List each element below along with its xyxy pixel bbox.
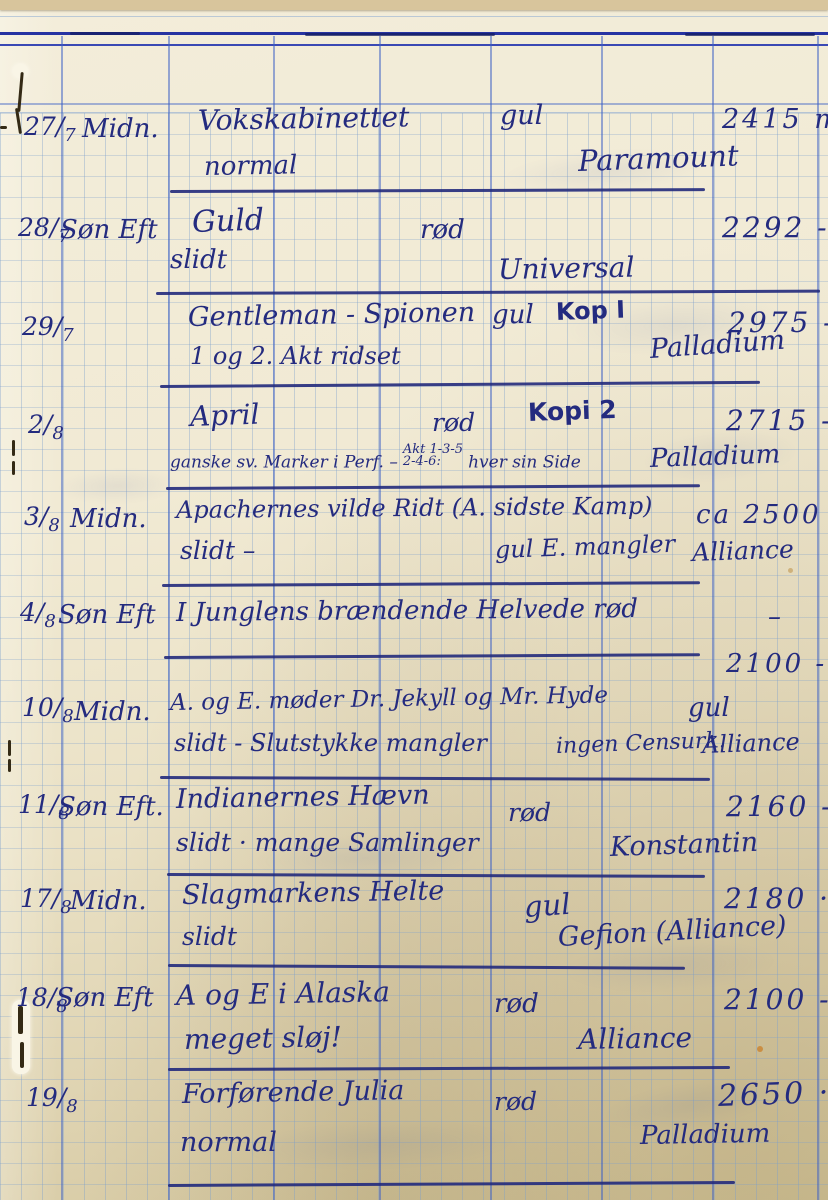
page-top-edge — [0, 0, 828, 10]
distributor: Alliance — [692, 536, 795, 566]
printed-rule-medium — [0, 103, 828, 105]
column-line — [712, 36, 714, 1200]
film-color: gul — [500, 102, 543, 130]
date-slash: / — [50, 790, 58, 819]
film-length: 2100 - — [726, 651, 827, 678]
ink-overdraw — [305, 33, 495, 36]
binding-pin — [17, 72, 23, 112]
distributor: Alliance — [578, 1023, 693, 1054]
date-day: 3 — [24, 502, 40, 531]
condition-note: slidt - Slutstykke mangler — [174, 731, 487, 756]
date-slash: / — [48, 983, 56, 1012]
printed-rule-faint — [0, 16, 828, 17]
condition-note: meget sløj! — [184, 1022, 342, 1054]
date-day: 19 — [26, 1083, 58, 1112]
film-color: rød — [420, 217, 465, 244]
color-note: gul E. mangler — [495, 532, 676, 563]
film-title: I Junglens brændende Helvede rød — [176, 596, 638, 627]
stain-speck — [757, 1046, 763, 1052]
film-length: 2160 - — [726, 792, 828, 821]
distributor: Alliance — [702, 730, 801, 759]
film-title: A og E i Alaska — [176, 977, 390, 1010]
condition-note: ganske sv. Marker i Perf. –Akt 1-3-52-4-… — [170, 444, 581, 472]
condition-text: hver sin Side — [468, 452, 581, 472]
date-slash: / — [52, 884, 60, 913]
distributor: Palladium — [650, 441, 781, 473]
entry-time: Midn. — [70, 506, 147, 533]
date-slash: / — [56, 112, 64, 141]
date-slash: / — [58, 1083, 66, 1112]
distributor: Paramount — [577, 140, 739, 176]
staple-mark — [8, 759, 11, 772]
date-day: 11 — [18, 790, 50, 819]
film-title: Apachernes vilde Ridt (A. sidste Kamp) — [176, 494, 653, 523]
date-day: 27 — [24, 112, 56, 141]
film-length: 2292 - — [722, 213, 828, 242]
date-day: 28 — [18, 213, 50, 242]
staple-mark — [12, 461, 15, 475]
date-day: 2 — [28, 410, 44, 439]
film-title: Slagmarkens Helte — [182, 877, 445, 910]
entry-time: Søn Eft — [60, 217, 158, 244]
entry-date: 4/8 — [20, 600, 56, 632]
ink-overdraw — [685, 33, 815, 36]
entry-date: 29/7 — [22, 314, 74, 346]
condition-note: slidt — [170, 247, 227, 274]
date-day: 10 — [22, 693, 54, 722]
entry-date: 19/8 — [26, 1085, 78, 1117]
film-color: rød — [508, 800, 551, 826]
date-day: 29 — [22, 312, 54, 341]
distributor: Universal — [498, 253, 635, 285]
act-numbers: Akt 1-3-52-4-6: — [403, 444, 463, 469]
entry-time: Midn. — [82, 116, 159, 143]
distributor: Palladium — [640, 1121, 771, 1151]
staple-mark — [20, 1042, 24, 1068]
film-color: gul — [688, 695, 730, 722]
film-color: rød — [494, 991, 539, 1018]
condition-note: 1 og 2. Akt ridset — [190, 344, 401, 369]
date-day: 18 — [16, 983, 48, 1012]
film-length: 2415 m — [722, 106, 828, 134]
entry-time: Søn Eft — [58, 602, 156, 629]
film-color: gul — [523, 889, 572, 923]
stain-speck — [788, 568, 793, 573]
date-day: 17 — [20, 884, 52, 913]
film-title: Forførende Julia — [182, 1077, 405, 1109]
date-month: 7 — [62, 325, 73, 346]
date-slash: / — [54, 312, 62, 341]
date-day: 4 — [20, 598, 36, 627]
date-month: 8 — [66, 1096, 77, 1117]
condition-note: slidt · mange Samlinger — [176, 830, 479, 856]
date-month: 8 — [44, 611, 55, 632]
film-color: rød — [432, 410, 475, 436]
film-color: rød — [494, 1089, 537, 1115]
film-length: ca 2500 — [696, 502, 822, 529]
film-title: Gentleman - Spionen — [188, 299, 476, 332]
condition-text: ganske sv. Marker i Perf. – — [170, 452, 398, 472]
condition-note: slidt – — [180, 538, 255, 564]
entry-date: 17/8 — [20, 886, 72, 918]
condition-note: slidt — [182, 924, 237, 950]
entry-date: 27/7 — [24, 114, 76, 146]
date-month: 8 — [62, 706, 73, 727]
copy-number: Kopi 2 — [528, 397, 618, 426]
entry-date: 10/8 — [22, 695, 74, 727]
copy-number: Kop I — [556, 298, 626, 326]
date-month: 7 — [64, 125, 75, 146]
film-title: Vokskabinettet — [198, 102, 410, 135]
column-line — [168, 36, 170, 1200]
entry-time: Midn. — [70, 888, 147, 915]
entry-time: Søn Eft — [56, 985, 154, 1012]
entry-time: Søn Eft. — [58, 794, 164, 821]
date-slash: / — [54, 693, 62, 722]
distributor: Konstantin — [610, 829, 759, 862]
page-edge-mark — [0, 126, 7, 129]
film-length: 2180 · — [724, 884, 828, 913]
film-title: Guld — [191, 204, 264, 238]
film-color: gul — [492, 302, 534, 329]
film-title: April — [189, 400, 259, 432]
entry-time: Midn. — [74, 699, 151, 726]
entry-date: 3/8 — [24, 504, 60, 536]
condition-note: normal — [180, 1129, 277, 1157]
censor-note: ingen Censurk. — [556, 729, 726, 758]
film-length: 2715 - — [726, 406, 828, 435]
film-length: 2100 - — [724, 985, 828, 1014]
date-month: 8 — [52, 423, 63, 444]
ink-overdraw — [70, 32, 140, 35]
staple-mark — [8, 740, 11, 756]
film-length: 2650 · — [717, 1077, 828, 1112]
date-month: 8 — [48, 515, 59, 536]
entry-date: 2/8 — [28, 412, 64, 444]
film-length: – — [768, 604, 784, 631]
staple-mark — [12, 440, 15, 456]
act-row-bottom: 2-4-6: — [403, 456, 463, 468]
date-slash: / — [50, 213, 58, 242]
condition-note: normal — [204, 152, 298, 181]
film-title: Indianernes Hævn — [176, 782, 430, 815]
ledger-page: 27/7 Midn. Vokskabinettet gul 2415 m nor… — [0, 0, 828, 1200]
